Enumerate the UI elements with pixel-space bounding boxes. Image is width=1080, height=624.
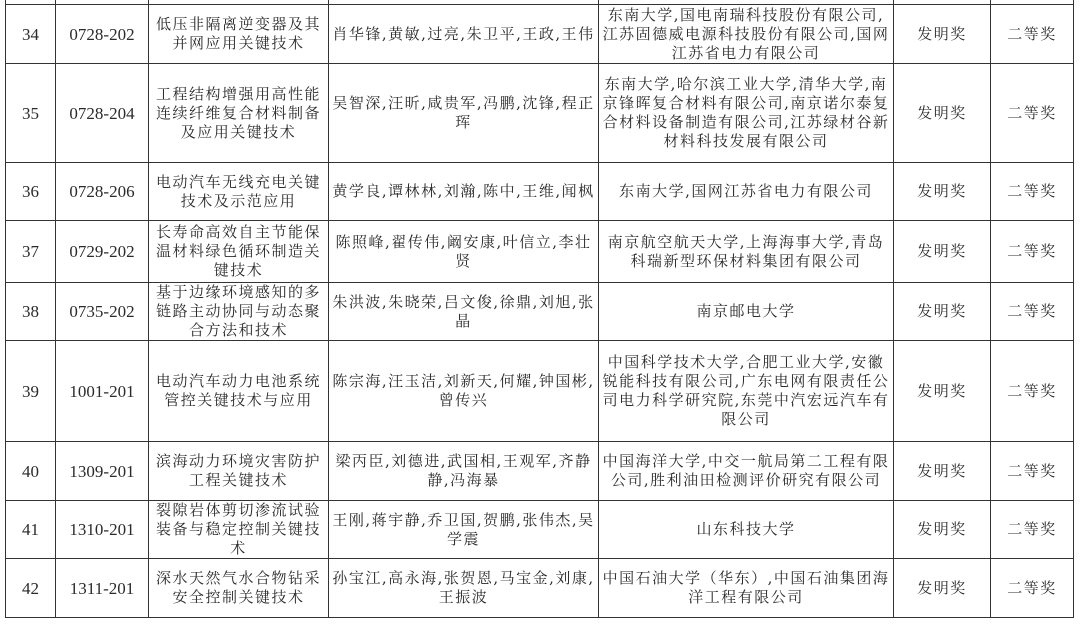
project-name: 电动汽车无线充电关键技术及示范应用 bbox=[149, 163, 329, 221]
completers: 黄学良,谭林林,刘瀚,陈中,王维,闻枫 bbox=[329, 163, 599, 221]
table-row: 350728-204工程结构增强用高性能连续纤维复合材料制备及应用关键技术吴智深… bbox=[6, 64, 1074, 163]
completing-units: 南京航空航天大学,上海海事大学,青岛科瑞新型环保材料集团有限公司 bbox=[599, 221, 894, 283]
project-name: 工程结构增强用高性能连续纤维复合材料制备及应用关键技术 bbox=[149, 64, 329, 163]
completing-units: 东南大学,国网江苏省电力有限公司 bbox=[599, 163, 894, 221]
project-name: 低压非隔离逆变器及其并网应用关键技术 bbox=[149, 5, 329, 64]
completers: 王刚,蒋宇静,乔卫国,贺鹏,张伟杰,吴学震 bbox=[329, 501, 599, 559]
project-code: 1310-201 bbox=[56, 501, 149, 559]
project-name: 长寿命高效自主节能保温材料绿色循环制造关键技术 bbox=[149, 221, 329, 283]
award-grade: 二等奖 bbox=[991, 442, 1074, 501]
project-code: 0728-202 bbox=[56, 5, 149, 64]
project-code: 0729-202 bbox=[56, 221, 149, 283]
table-row: 401309-201滨海动力环境灾害防护工程关键技术梁丙臣,刘德进,武国相,王观… bbox=[6, 442, 1074, 501]
row-number: 42 bbox=[6, 559, 56, 618]
table-row: 411310-201裂隙岩体剪切渗流试验装备与稳定控制关键技术王刚,蒋宇静,乔卫… bbox=[6, 501, 1074, 559]
table-row: 360728-206电动汽车无线充电关键技术及示范应用黄学良,谭林林,刘瀚,陈中… bbox=[6, 163, 1074, 221]
table-row: 340728-202低压非隔离逆变器及其并网应用关键技术肖华锋,黄敏,过亮,朱卫… bbox=[6, 5, 1074, 64]
row-number: 36 bbox=[6, 163, 56, 221]
table-row: 421311-201深水天然气水合物钻采安全控制关键技术孙宝江,高永海,张贺恩,… bbox=[6, 559, 1074, 618]
award-grade: 二等奖 bbox=[991, 221, 1074, 283]
awards-table: 340728-202低压非隔离逆变器及其并网应用关键技术肖华锋,黄敏,过亮,朱卫… bbox=[5, 0, 1074, 618]
project-name: 电动汽车动力电池系统管控关键技术与应用 bbox=[149, 341, 329, 442]
completers: 孙宝江,高永海,张贺恩,马宝金,刘康,王振波 bbox=[329, 559, 599, 618]
project-name: 基于边缘环境感知的多链路主动协同与动态聚合方法和技术 bbox=[149, 283, 329, 341]
completers: 吴智深,汪昕,咸贵军,冯鹏,沈锋,程正珲 bbox=[329, 64, 599, 163]
project-name: 裂隙岩体剪切渗流试验装备与稳定控制关键技术 bbox=[149, 501, 329, 559]
completing-units: 东南大学,哈尔滨工业大学,清华大学,南京锋晖复合材料有限公司,南京诺尔泰复合材料… bbox=[599, 64, 894, 163]
award-grade: 二等奖 bbox=[991, 341, 1074, 442]
award-grade: 二等奖 bbox=[991, 64, 1074, 163]
completers: 陈照峰,翟传伟,阚安康,叶信立,李壮贤 bbox=[329, 221, 599, 283]
project-code: 1001-201 bbox=[56, 341, 149, 442]
award-category: 发明奖 bbox=[894, 5, 991, 64]
project-code: 0728-206 bbox=[56, 163, 149, 221]
project-name: 滨海动力环境灾害防护工程关键技术 bbox=[149, 442, 329, 501]
table-row: 370729-202长寿命高效自主节能保温材料绿色循环制造关键技术陈照峰,翟传伟… bbox=[6, 221, 1074, 283]
award-grade: 二等奖 bbox=[991, 559, 1074, 618]
row-number: 39 bbox=[6, 341, 56, 442]
row-number: 41 bbox=[6, 501, 56, 559]
award-grade: 二等奖 bbox=[991, 283, 1074, 341]
completing-units: 中国石油大学（华东）,中国石油集团海洋工程有限公司 bbox=[599, 559, 894, 618]
row-number: 34 bbox=[6, 5, 56, 64]
row-number: 35 bbox=[6, 64, 56, 163]
completers: 陈宗海,汪玉洁,刘新天,何耀,钟国彬,曾传兴 bbox=[329, 341, 599, 442]
completers: 肖华锋,黄敏,过亮,朱卫平,王政,王伟 bbox=[329, 5, 599, 64]
project-code: 1309-201 bbox=[56, 442, 149, 501]
completers: 梁丙臣,刘德进,武国相,王观军,齐静静,冯海暴 bbox=[329, 442, 599, 501]
award-category: 发明奖 bbox=[894, 221, 991, 283]
award-category: 发明奖 bbox=[894, 501, 991, 559]
row-number: 37 bbox=[6, 221, 56, 283]
completing-units: 中国海洋大学,中交一航局第二工程有限公司,胜利油田检测评价研究有限公司 bbox=[599, 442, 894, 501]
award-category: 发明奖 bbox=[894, 559, 991, 618]
award-category: 发明奖 bbox=[894, 341, 991, 442]
award-category: 发明奖 bbox=[894, 283, 991, 341]
award-grade: 二等奖 bbox=[991, 5, 1074, 64]
completing-units: 东南大学,国电南瑞科技股份有限公司,江苏固德威电源科技股份有限公司,国网江苏省电… bbox=[599, 5, 894, 64]
row-number: 40 bbox=[6, 442, 56, 501]
table-row: 380735-202基于边缘环境感知的多链路主动协同与动态聚合方法和技术朱洪波,… bbox=[6, 283, 1074, 341]
award-category: 发明奖 bbox=[894, 64, 991, 163]
row-number: 38 bbox=[6, 283, 56, 341]
project-code: 0735-202 bbox=[56, 283, 149, 341]
award-category: 发明奖 bbox=[894, 442, 991, 501]
completing-units: 南京邮电大学 bbox=[599, 283, 894, 341]
project-code: 1311-201 bbox=[56, 559, 149, 618]
completing-units: 中国科学技术大学,合肥工业大学,安徽锐能科技有限公司,广东电网有限责任公司电力科… bbox=[599, 341, 894, 442]
project-code: 0728-204 bbox=[56, 64, 149, 163]
completing-units: 山东科技大学 bbox=[599, 501, 894, 559]
award-grade: 二等奖 bbox=[991, 501, 1074, 559]
project-name: 深水天然气水合物钻采安全控制关键技术 bbox=[149, 559, 329, 618]
award-category: 发明奖 bbox=[894, 163, 991, 221]
completers: 朱洪波,朱晓荣,吕文俊,徐鼎,刘旭,张晶 bbox=[329, 283, 599, 341]
award-grade: 二等奖 bbox=[991, 163, 1074, 221]
table-row: 391001-201电动汽车动力电池系统管控关键技术与应用陈宗海,汪玉洁,刘新天… bbox=[6, 341, 1074, 442]
